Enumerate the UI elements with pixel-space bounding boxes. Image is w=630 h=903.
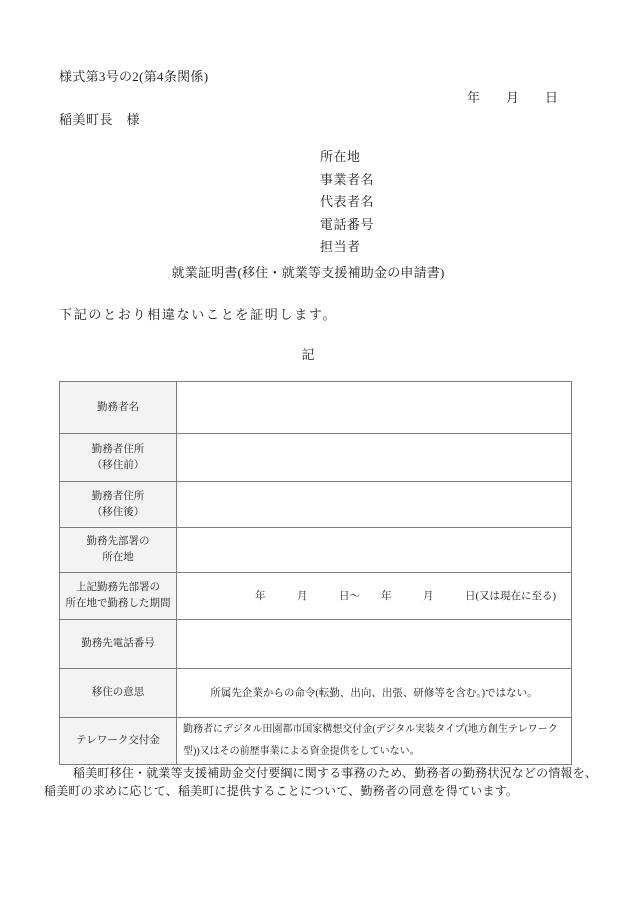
applicant-field-representative: 代表者名	[320, 191, 374, 214]
row-label: 移住の意思	[60, 669, 177, 717]
applicant-field-location: 所在地	[320, 146, 374, 169]
applicant-field-business-name: 事業者名	[320, 169, 374, 192]
row-label-line: 移住の意思	[92, 685, 145, 701]
consent-note-line-1: 稲美町移住・就業等支援補助金交付要綱に関する事務のため、勤務者の勤務状況などの情…	[44, 765, 586, 783]
table-row: 勤務先部署の所在地	[60, 527, 571, 572]
row-label: 勤務者住所（移住前）	[60, 434, 177, 481]
consent-note: 稲美町移住・就業等支援補助金交付要綱に関する事務のため、勤務者の勤務状況などの情…	[44, 765, 586, 800]
row-label-line: 勤務者住所	[92, 442, 145, 458]
row-label-line: （移住後）	[92, 505, 145, 521]
row-label-line: 勤務先部署の	[87, 534, 150, 550]
row-label-line: 所在地	[102, 550, 134, 566]
table-row: 移住の意思所属先企業からの命令(転勤、出向、出張、研修等を含む。)ではない。	[60, 668, 571, 717]
table-row: 上記勤務先部署の所在地で勤務した期間年 月 日～ 年 月 日(又は現在に至る)	[60, 572, 571, 619]
row-content-line: 勤務者にデジタル田園都市国家構想交付金(デジタル実装タイプ(地方創生テレワーク	[183, 719, 558, 741]
row-content	[177, 528, 571, 572]
row-content-line: 年 月 日～ 年 月 日(又は現在に至る)	[255, 586, 556, 607]
applicant-block: 所在地 事業者名 代表者名 電話番号 担当者	[320, 146, 374, 259]
table-row: 勤務者住所（移住前）	[60, 433, 571, 481]
row-label: 勤務先部署の所在地	[60, 528, 177, 572]
addressee: 稲美町長 様	[59, 109, 140, 128]
row-label-line: （移住前）	[92, 458, 145, 474]
row-label-line: 上記勤務先部署の	[76, 580, 160, 596]
form-number: 様式第3号の2(第4条関係)	[59, 66, 208, 85]
row-content-line: 所属先企業からの命令(転勤、出向、出張、研修等を含む。)ではない。	[210, 683, 537, 704]
row-label-line: 勤務先電話番号	[81, 636, 155, 652]
row-content	[177, 382, 571, 433]
applicant-field-phone: 電話番号	[320, 214, 374, 237]
row-label-line: 勤務者住所	[92, 489, 145, 505]
ki-marker: 記	[0, 344, 616, 363]
row-label: テレワーク交付金	[60, 718, 177, 764]
document-page: 様式第3号の2(第4条関係) 年 月 日 稲美町長 様 所在地 事業者名 代表者…	[0, 0, 630, 903]
certify-statement: 下記のとおり相違ないことを証明します。	[59, 304, 337, 323]
row-content: 所属先企業からの命令(転勤、出向、出張、研修等を含む。)ではない。	[177, 669, 571, 717]
row-label: 上記勤務先部署の所在地で勤務した期間	[60, 573, 177, 619]
row-label: 勤務者名	[60, 382, 177, 433]
row-label-line: テレワーク交付金	[76, 733, 160, 749]
row-label: 勤務先電話番号	[60, 620, 177, 668]
document-title: 就業証明書(移住・就業等支援補助金の申請書)	[0, 262, 616, 281]
row-label: 勤務者住所（移住後）	[60, 482, 177, 527]
consent-note-line-2: 稲美町の求めに応じて、稲美町に提供することについて、勤務者の同意を得ています。	[44, 783, 586, 801]
row-label-line: 所在地で勤務した期間	[66, 596, 171, 612]
date-line: 年 月 日	[467, 87, 558, 106]
table-row: 勤務者住所（移住後）	[60, 481, 571, 527]
certificate-table: 勤務者名勤務者住所（移住前）勤務者住所（移住後）勤務先部署の所在地上記勤務先部署…	[59, 381, 572, 765]
row-content: 年 月 日～ 年 月 日(又は現在に至る)	[177, 573, 571, 619]
applicant-field-contact-person: 担当者	[320, 236, 374, 259]
row-label-line: 勤務者名	[97, 400, 139, 416]
row-content	[177, 434, 571, 481]
row-content	[177, 482, 571, 527]
table-row: テレワーク交付金勤務者にデジタル田園都市国家構想交付金(デジタル実装タイプ(地方…	[60, 717, 571, 764]
row-content	[177, 620, 571, 668]
table-row: 勤務者名	[60, 382, 571, 433]
row-content: 勤務者にデジタル田園都市国家構想交付金(デジタル実装タイプ(地方創生テレワーク型…	[177, 718, 571, 764]
row-content-line: 型))又はその前歴事業による資金提供をしていない。	[183, 741, 420, 763]
table-row: 勤務先電話番号	[60, 619, 571, 668]
